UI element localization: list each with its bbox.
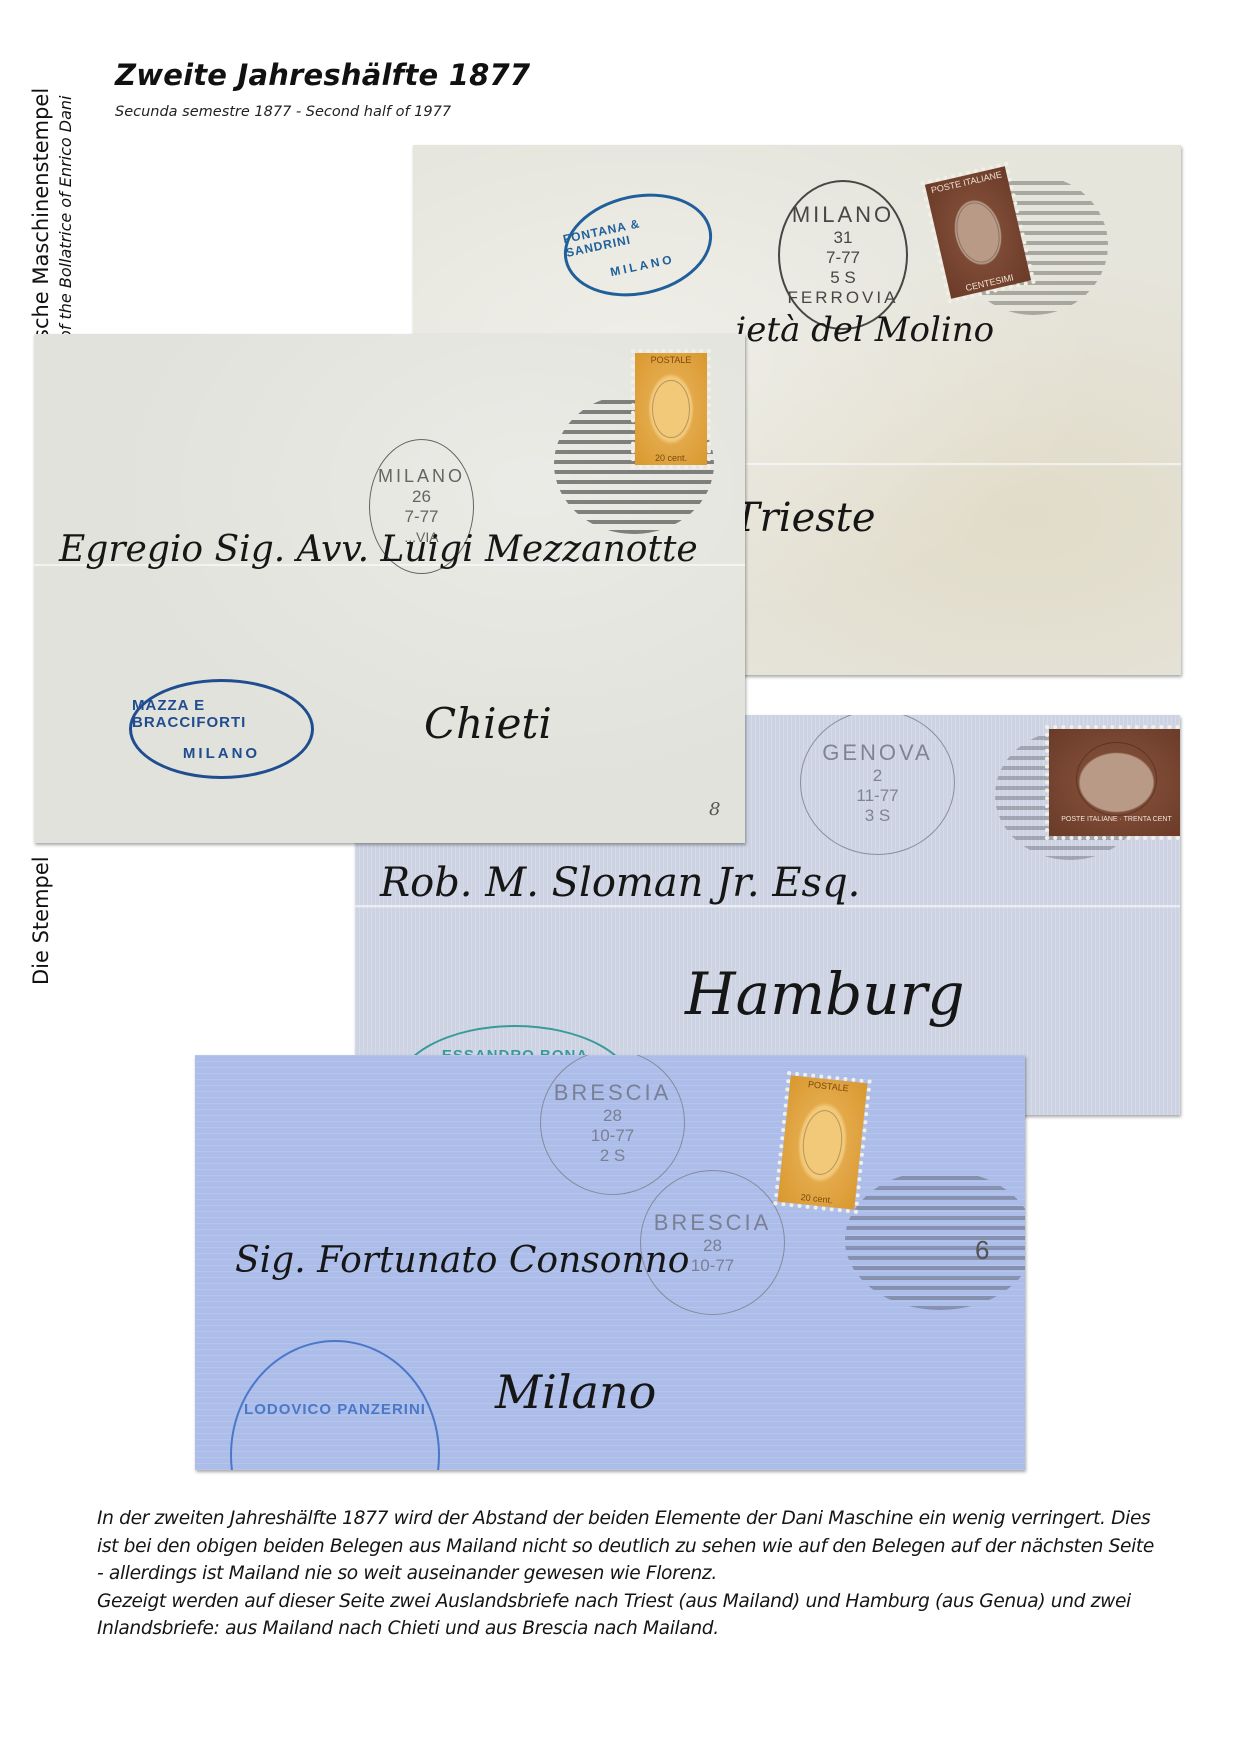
address-line-1: Sig. Fortunato Consonno: [235, 1240, 689, 1281]
page-title: Zweite Jahreshälfte 1877: [115, 58, 530, 92]
caption-paragraph-2: Gezeigt werden auf dieser Seite zwei Aus…: [97, 1588, 1162, 1643]
postmark-brescia: BRESCIA 28 10-77 2 S: [540, 1055, 685, 1195]
envelope-brescia-milano: BRESCIA 28 10-77 2 S BRESCIA 28 10-77 6 …: [195, 1055, 1025, 1470]
side-title-line1-start: Die Stempel: [29, 856, 53, 985]
postage-stamp-orange-20c: POSTALE 20 cent.: [773, 1071, 872, 1214]
caption-paragraph-1: In der zweiten Jahreshälfte 1877 wird de…: [97, 1505, 1162, 1588]
company-stamp-mazza-bracciforti: MAZZA E BRACCIFORTI MILANO: [129, 679, 314, 779]
address-city: Chieti: [424, 699, 552, 748]
obliterator-bars: [845, 1170, 1025, 1310]
king-portrait-icon: [799, 1108, 846, 1178]
king-portrait-icon: [652, 380, 689, 438]
address-line-1: Rob. M. Sloman Jr. Esq.: [380, 860, 860, 906]
page-number-annotation: 8: [709, 799, 720, 820]
postmark-genova: GENOVA 2 11-77 3 S: [800, 715, 955, 855]
obliterator-number: 6: [975, 1235, 989, 1266]
side-title-line1-end: sche Maschinenstempel: [29, 88, 53, 340]
postage-stamp-orange-20c: POSTALE 20 cent.: [631, 349, 711, 469]
envelope-milano-chieti: MILANO 26 7-77 ...VIA POSTALE 20 cent. E…: [34, 334, 745, 843]
address-city: Milano: [495, 1365, 656, 1419]
address-city: Hamburg: [685, 960, 965, 1028]
postage-stamp-brown-30c: POSTE ITALIANE · TRENTA CENT: [1045, 725, 1180, 840]
company-stamp-panzerini: LODOVICO PANZERINI BR...: [230, 1340, 440, 1470]
address-line-1: ...ietà del Molino: [703, 310, 994, 350]
company-stamp-fontana-sandrini: FONTANA & SANDRINI MILANO: [554, 180, 722, 309]
postmark-milano-ferrovia: MILANO 31 7-77 5 S FERROVIA: [778, 180, 908, 330]
king-portrait-icon: [1076, 742, 1157, 816]
king-portrait-icon: [950, 198, 1005, 267]
side-title-line2-end: of the Bollatrice of Enrico Dani: [56, 96, 75, 341]
page-subtitle: Secunda semestre 1877 - Second half of 1…: [115, 104, 451, 120]
address-city: Trieste: [733, 495, 876, 541]
caption-text: In der zweiten Jahreshälfte 1877 wird de…: [97, 1505, 1162, 1643]
address-line-1: Egregio Sig. Avv. Luigi Mezzanotte: [59, 529, 698, 570]
